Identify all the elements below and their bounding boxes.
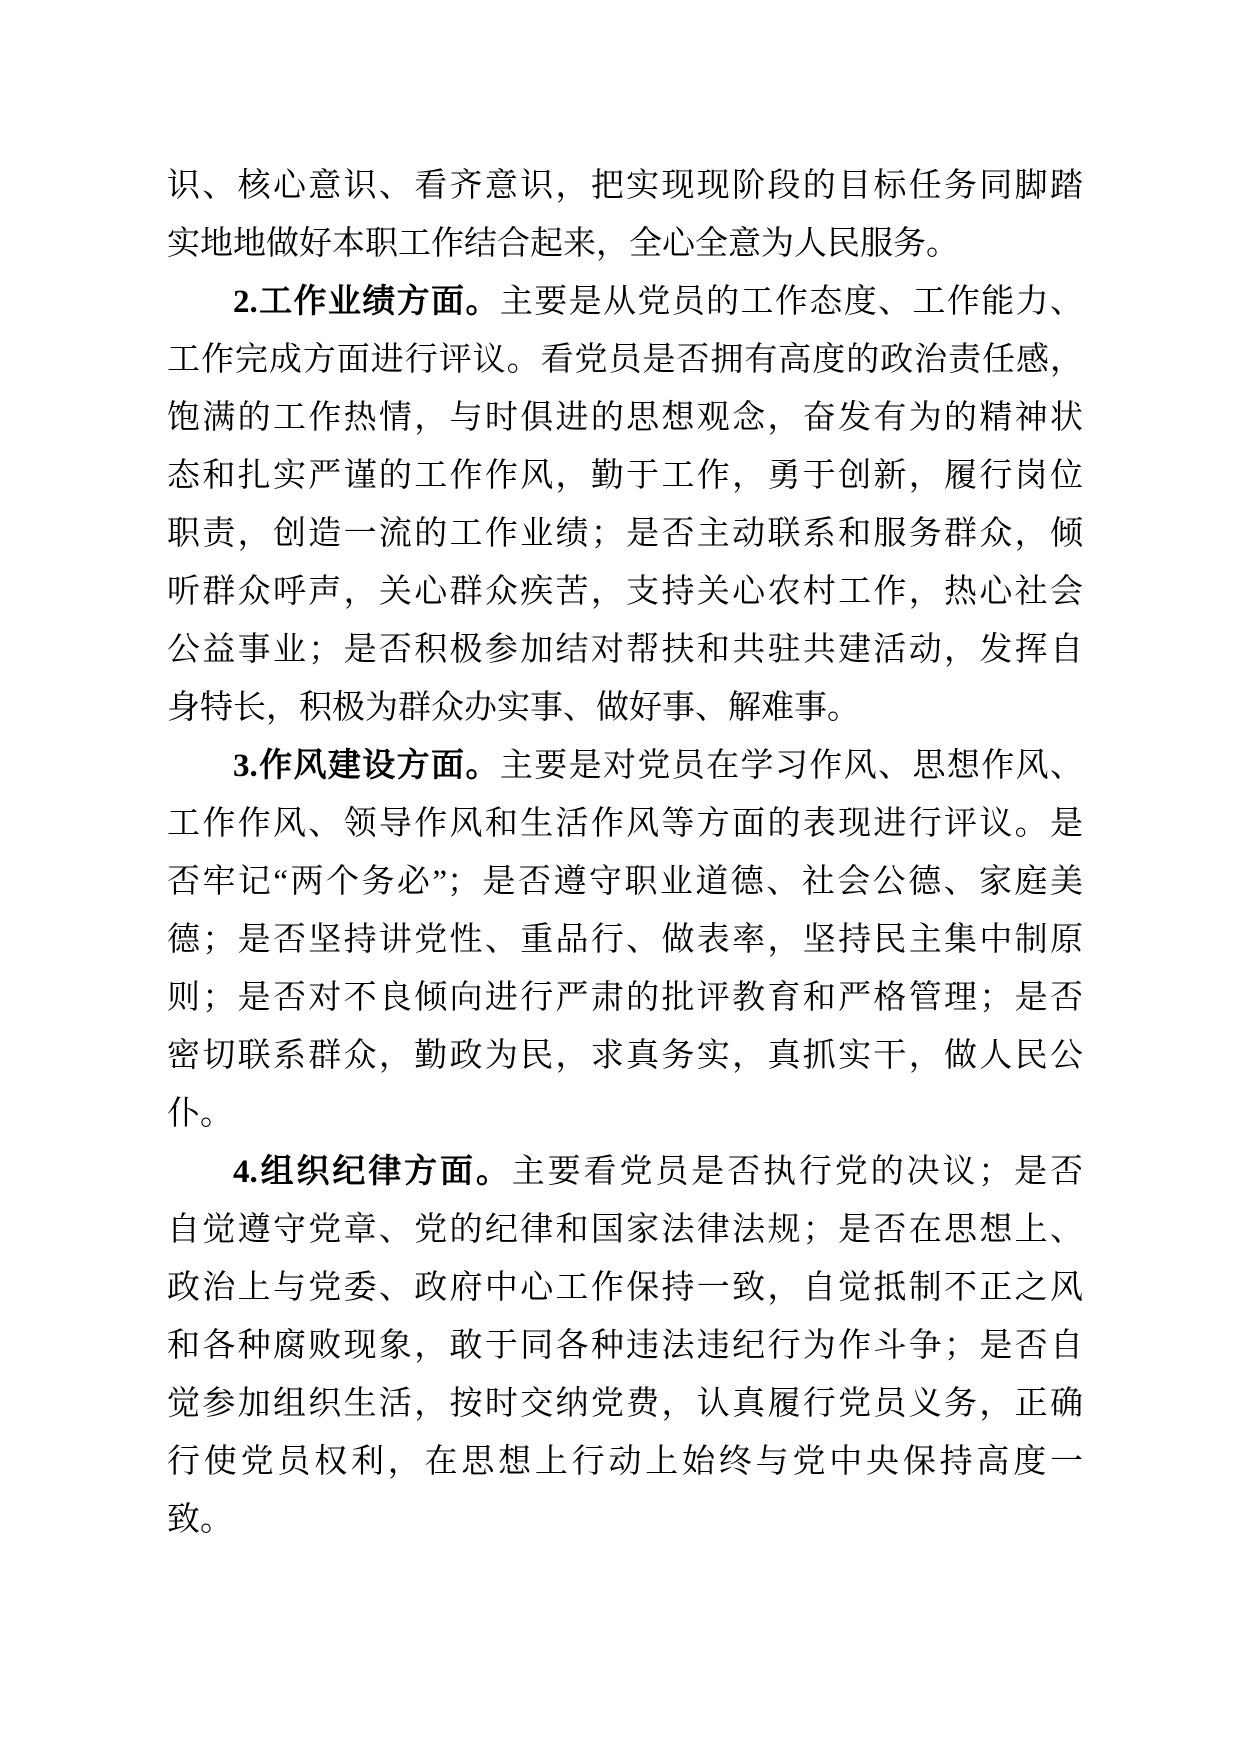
text-line: 2.工作业绩方面。主要是从党员的工作态度、工作能力、	[167, 273, 1083, 331]
text-line: 政治上与党委、政府中心工作保持一致，自觉抵制不正之风	[167, 1259, 1083, 1317]
text-line: 工作作风、领导作风和生活作风等方面的表现进行评议。是	[167, 795, 1083, 853]
text-line: 和各种腐败现象，敢于同各种违法违纪行为作斗争；是否自	[167, 1317, 1083, 1375]
text-line: 听群众呼声，关心群众疾苦，支持关心农村工作，热心社会	[167, 563, 1083, 621]
text-line: 否牢记“两个务必”；是否遵守职业道德、社会公德、家庭美	[167, 853, 1083, 911]
text-line: 实地地做好本职工作结合起来，全心全意为人民服务。	[167, 215, 1083, 273]
text-line: 身特长，积极为群众办实事、做好事、解难事。	[167, 679, 1083, 737]
text-line: 4.组织纪律方面。主要看党员是否执行党的决议；是否	[167, 1143, 1083, 1201]
text-line: 德；是否坚持讲党性、重品行、做表率，坚持民主集中制原	[167, 911, 1083, 969]
text-line: 职责，创造一流的工作业绩；是否主动联系和服务群众，倾	[167, 505, 1083, 563]
text-line: 公益事业；是否积极参加结对帮扶和共驻共建活动，发挥自	[167, 621, 1083, 679]
section-heading: 2.工作业绩方面。	[233, 284, 500, 320]
document-body: 识、核心意识、看齐意识，把实现现阶段的目标任务同脚踏实地地做好本职工作结合起来，…	[167, 157, 1083, 1549]
document-page: 识、核心意识、看齐意识，把实现现阶段的目标任务同脚踏实地地做好本职工作结合起来，…	[0, 0, 1241, 1755]
text-line: 3.作风建设方面。主要是对党员在学习作风、思想作风、	[167, 737, 1083, 795]
text-line: 密切联系群众，勤政为民，求真务实，真抓实干，做人民公	[167, 1027, 1083, 1085]
text-line: 自觉遵守党章、党的纪律和国家法律法规；是否在思想上、	[167, 1201, 1083, 1259]
text-line: 态和扎实严谨的工作作风，勤于工作，勇于创新，履行岗位	[167, 447, 1083, 505]
section-heading: 3.作风建设方面。	[233, 748, 500, 784]
text-line: 仆。	[167, 1085, 1083, 1143]
section-heading: 4.组织纪律方面。	[233, 1154, 512, 1190]
text-line: 行使党员权利，在思想上行动上始终与党中央保持高度一	[167, 1433, 1083, 1491]
text-line: 识、核心意识、看齐意识，把实现现阶段的目标任务同脚踏	[167, 157, 1083, 215]
text-line: 则；是否对不良倾向进行严肃的批评教育和严格管理；是否	[167, 969, 1083, 1027]
text-line: 工作完成方面进行评议。看党员是否拥有高度的政治责任感，	[167, 331, 1083, 389]
text-line: 致。	[167, 1491, 1083, 1549]
text-line: 饱满的工作热情，与时俱进的思想观念，奋发有为的精神状	[167, 389, 1083, 447]
text-line: 觉参加组织生活，按时交纳党费，认真履行党员义务，正确	[167, 1375, 1083, 1433]
